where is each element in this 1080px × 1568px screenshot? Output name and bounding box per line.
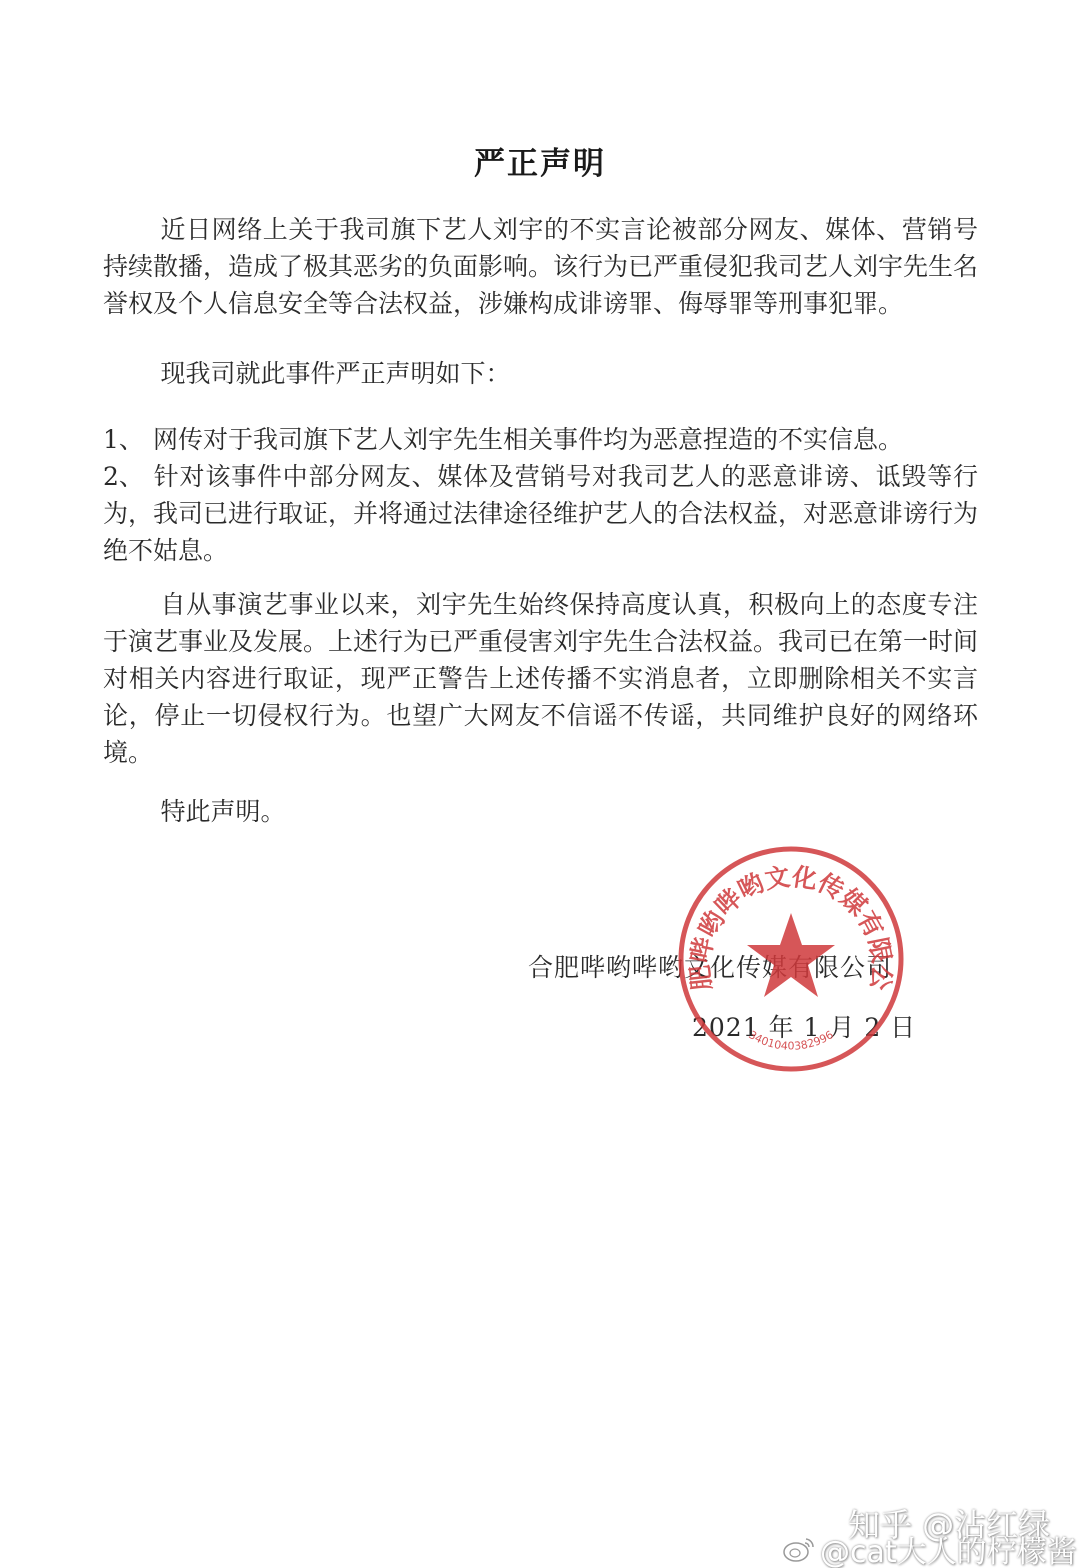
list-item: 1、网传对于我司旗下艺人刘宇先生相关事件均为恶意捏造的不实信息。 <box>103 421 978 458</box>
document-title: 严正声明 <box>0 138 1080 183</box>
svg-text:3401040382996: 3401040382996 <box>746 1028 835 1052</box>
list-number: 2、 <box>103 458 153 495</box>
company-seal-icon: 合肥哔哟哔哟文化传媒有限公司 3401040382996 <box>675 843 907 1075</box>
weibo-handle: @cat大人的柠檬酱 <box>820 1527 1077 1568</box>
paragraph-declaration-lead: 现我司就此事件严正声明如下： <box>103 355 978 392</box>
weibo-watermark: @cat大人的柠檬酱 <box>782 1527 1077 1568</box>
list-text: 针对该事件中部分网友、媒体及营销号对我司艺人的恶意诽谤、诋毁等行为，我司已进行取… <box>103 462 978 565</box>
list-text: 网传对于我司旗下艺人刘宇先生相关事件均为恶意捏造的不实信息。 <box>153 425 903 454</box>
declaration-list: 1、网传对于我司旗下艺人刘宇先生相关事件均为恶意捏造的不实信息。 2、针对该事件… <box>103 421 978 569</box>
paragraph-body: 自从事演艺事业以来，刘宇先生始终保持高度认真，积极向上的态度专注于演艺事业及发展… <box>103 586 978 771</box>
seal-number: 3401040382996 <box>746 1028 835 1052</box>
weibo-icon <box>782 1535 816 1563</box>
paragraph-intro: 近日网络上关于我司旗下艺人刘宇的不实言论被部分网友、媒体、营销号持续散播，造成了… <box>103 211 978 322</box>
list-item: 2、针对该事件中部分网友、媒体及营销号对我司艺人的恶意诽谤、诋毁等行为，我司已进… <box>103 458 978 569</box>
list-number: 1、 <box>103 421 153 458</box>
paragraph-closing: 特此声明。 <box>103 793 978 830</box>
